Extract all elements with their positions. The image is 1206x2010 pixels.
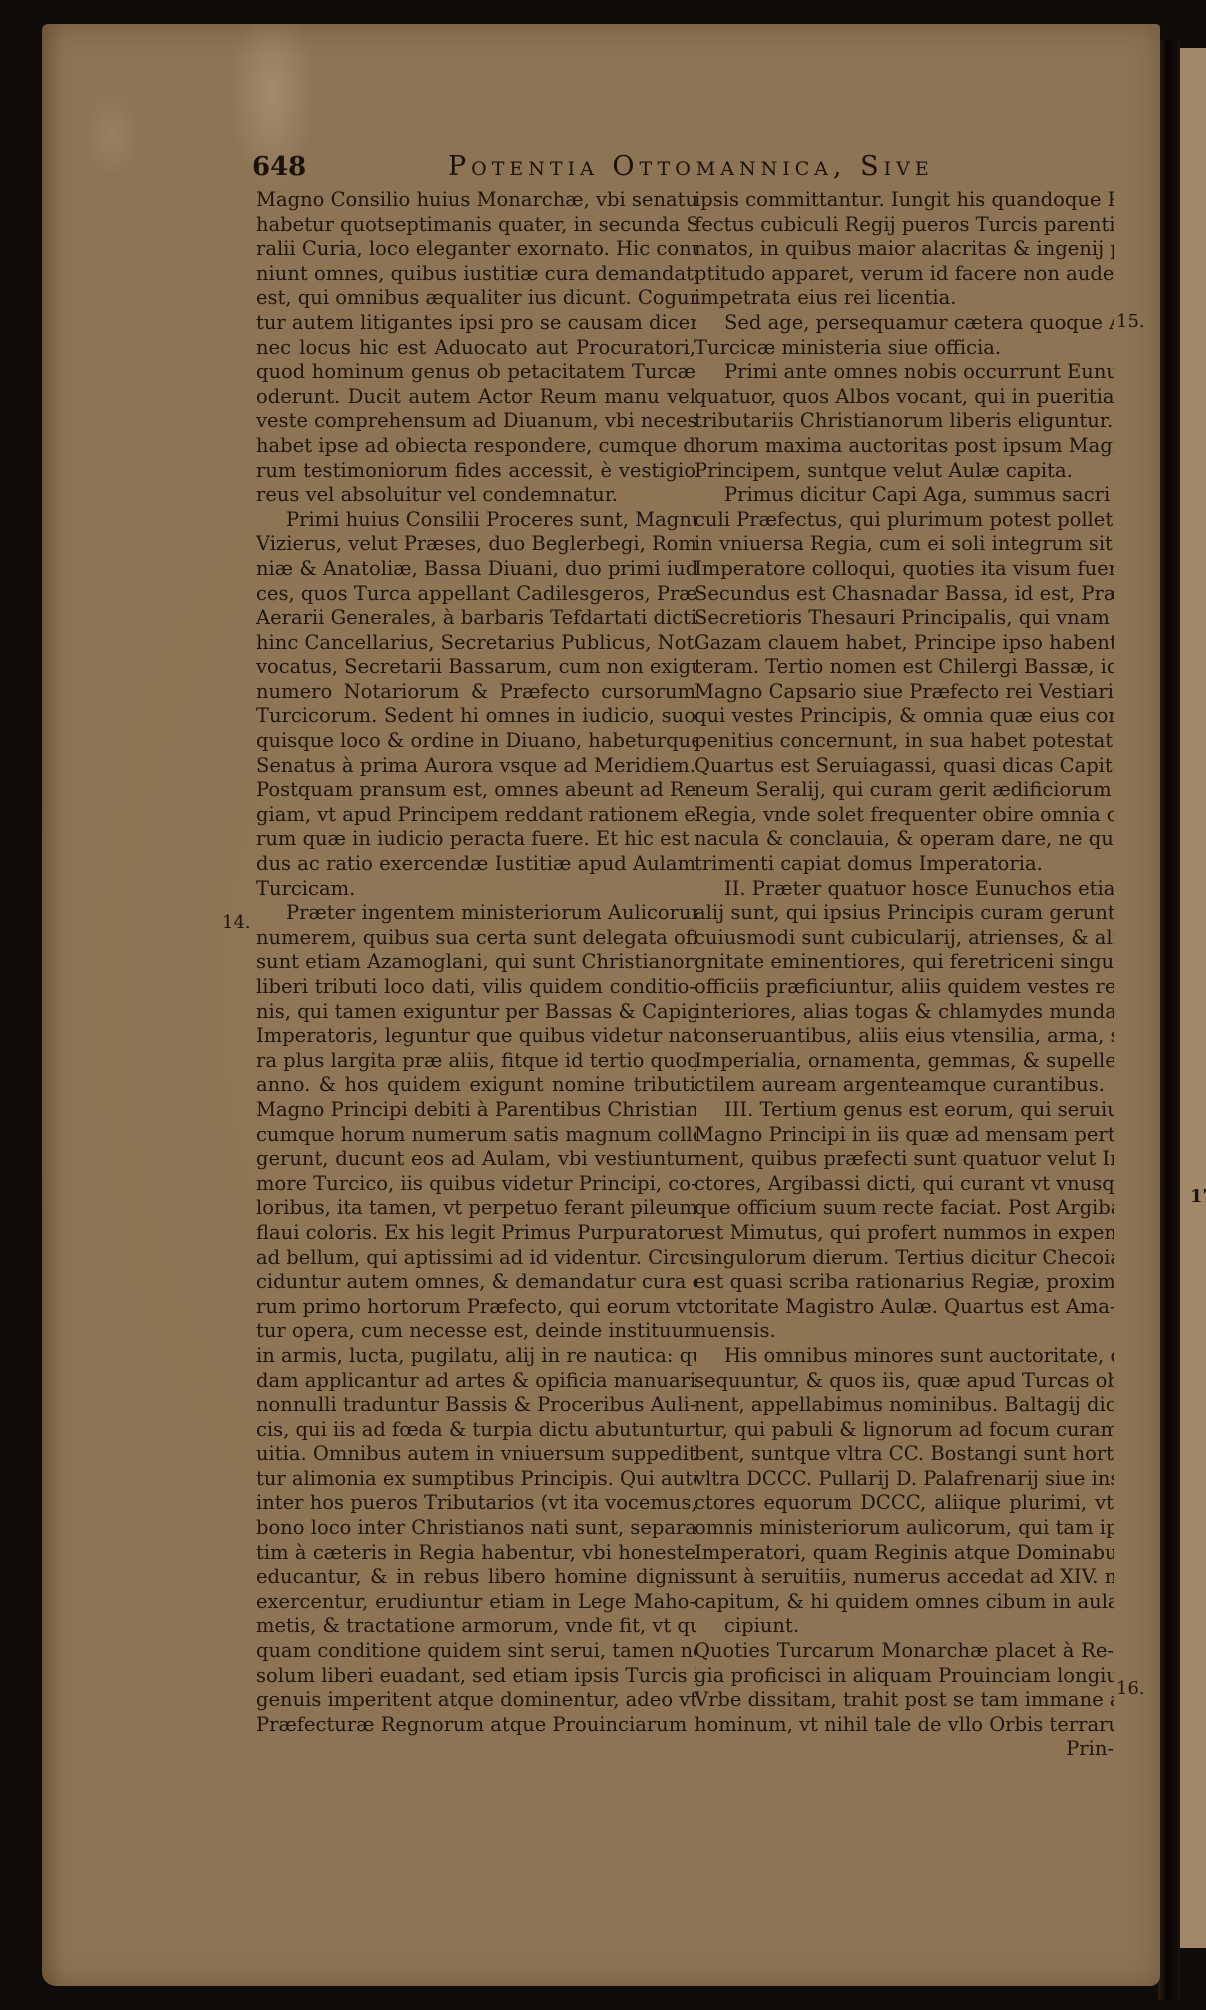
text-line: nent, quibus præfecti sunt quatuor velut… (694, 1147, 1114, 1172)
text-line: bent, suntque vltra CC. Bostangi sunt ho… (694, 1442, 1114, 1467)
text-line: vltra DCCC. Pullarij D. Palafrenarij siu… (694, 1467, 1114, 1492)
text-line: nuensis. (694, 1319, 1114, 1344)
text-line: more Turcico, iis quibus videtur Princip… (256, 1172, 696, 1197)
text-line: genuis imperitent atque dominentur, adeo… (256, 1688, 696, 1713)
text-line: qui vestes Principis, & omnia quæ eius c… (694, 704, 1114, 729)
text-line: numerem, quibus sua certa sunt delegata … (256, 926, 696, 951)
text-line: nec locus hic est Aduocato aut Procurato… (256, 336, 696, 361)
text-line: gerunt, ducunt eos ad Aulam, vbi vestiun… (256, 1147, 696, 1172)
text-line: alij sunt, qui ipsius Principis curam ge… (694, 901, 1114, 926)
text-line: liberi tributi loco dati, vilis quidem c… (256, 975, 696, 1000)
text-line: Primi huius Consilii Proceres sunt, Magn… (256, 508, 696, 533)
text-line: anno. & hos quidem exigunt nomine tribut… (256, 1073, 696, 1098)
text-line: in armis, lucta, pugilatu, alij in re na… (256, 1344, 696, 1369)
text-line: tributariis Christianorum liberis eligun… (694, 409, 1114, 434)
text-line: nis, qui tamen exiguntur per Bassas & Ca… (256, 1000, 696, 1025)
text-line: teram. Tertio nomen est Chilergi Bassæ, … (694, 655, 1114, 680)
text-line: neum Seralij, qui curam gerit ædificioru… (694, 778, 1114, 803)
text-line: quatuor, quos Albos vocant, qui in pueri… (694, 385, 1114, 410)
text-line: Primus dicitur Capi Aga, summus sacri cu… (694, 483, 1114, 508)
text-line: Gazam clauem habet, Principe ipso habent… (694, 631, 1114, 656)
running-head: Potentia Ottomannica, Sive (448, 151, 934, 182)
text-line: Sed age, persequamur cætera quoque Aulæ (694, 311, 1114, 336)
text-line: II. Præter quatuor hosce Eunuchos etiam (694, 877, 1114, 902)
text-line: Regia, vnde solet frequenter obire omnia… (694, 803, 1114, 828)
text-line: Aerarii Generales, à barbaris Tefdartati… (256, 606, 696, 631)
text-line: inter hos pueros Tributarios (vt ita voc… (256, 1491, 696, 1516)
text-line: ptitudo apparet, verum id facere non aud… (694, 262, 1114, 287)
text-line: habetur quotseptimanis quater, in secund… (256, 213, 696, 238)
text-line: hominum, vt nihil tale de vllo Orbis ter… (694, 1713, 1114, 1738)
text-line: rum testimoniorum fides accessit, è vest… (256, 459, 696, 484)
text-line: sunt etiam Azamoglani, qui sunt Christia… (256, 950, 696, 975)
text-line: Vrbe dissitam, trahit post se tam immane… (694, 1688, 1114, 1713)
text-line: in vniuersa Regia, cum ei soli integrum … (694, 532, 1114, 557)
margin-note-section-14: 14. (222, 912, 251, 933)
text-line: Imperialia, ornamenta, gemmas, & supelle… (694, 1049, 1114, 1074)
text-line: est Mimutus, qui profert nummos in expen… (694, 1221, 1114, 1246)
text-line: Imperatore colloqui, quoties ita visum f… (694, 557, 1114, 582)
text-line: vocatus, Secretarii Bassarum, cum non ex… (256, 655, 696, 680)
text-line: ctilem auream argenteamque curantibus. (694, 1073, 1114, 1098)
text-line: III. Tertium genus est eorum, qui seruiu… (694, 1098, 1114, 1123)
text-line: Imperatoris, leguntur que quibus videtur… (256, 1024, 696, 1049)
text-line: Postquam pransum est, omnes abeunt ad Re… (256, 778, 696, 803)
text-line: nonnulli traduntur Bassis & Proceribus A… (256, 1393, 696, 1418)
text-line: Præfecturæ Regnorum atque Prouinciarum (256, 1713, 696, 1738)
text-line: Secundus est Chasnadar Bassa, id est, Pr… (694, 582, 1114, 607)
text-line: gnitate eminentiores, qui feretriceni si… (694, 950, 1114, 975)
text-line: ralii Curia, loco eleganter exornato. Hi… (256, 237, 696, 262)
text-line: que officium suum recte faciat. Post Arg… (694, 1196, 1114, 1221)
text-line: interiores, alias togas & chlamydes mund… (694, 1000, 1114, 1025)
text-line: trimenti capiat domus Imperatoria. (694, 852, 1114, 877)
left-text-column: Magno Consilio huius Monarchæ, vbi senat… (256, 188, 696, 1737)
text-line: hinc Cancellarius, Secretarius Publicus,… (256, 631, 696, 656)
text-line: cis, qui iis ad fœda & turpia dictu abut… (256, 1418, 696, 1443)
text-line: Magno Capsario siue Præfecto rei Vestiar… (694, 680, 1114, 705)
text-line: impetrata eius rei licentia. (694, 286, 1114, 311)
text-line: cipiunt. (694, 1614, 1114, 1639)
text-line: dus ac ratio exercendæ Iustitiæ apud Aul… (256, 852, 696, 877)
text-line: est quasi scriba rationarius Regiæ, prox… (694, 1270, 1114, 1295)
text-line: tur, qui pabuli & lignorum ad focum cura… (694, 1418, 1114, 1443)
text-line: Quartus est Seruiagassi, quasi dicas Cap… (694, 754, 1114, 779)
text-line: niæ & Anatoliæ, Bassa Diuani, duo primi … (256, 557, 696, 582)
text-line: natos, in quibus maior alacritas & ingen… (694, 237, 1114, 262)
text-line: loribus, ita tamen, vt perpetuo ferant p… (256, 1196, 696, 1221)
text-line: est, qui omnibus æqualiter ius dicunt. C… (256, 286, 696, 311)
text-line: giam, vt apud Principem reddant rationem… (256, 803, 696, 828)
text-line: Secretioris Thesauri Principalis, qui vn… (694, 606, 1114, 631)
text-line: Primi ante omnes nobis occurrunt Eunuchi (694, 360, 1114, 385)
text-line: singulorum dierum. Tertius dicitur Checo… (694, 1246, 1114, 1271)
text-line: cumque horum numerum satis magnum colle- (256, 1123, 696, 1148)
text-line: His omnibus minores sunt auctoritate, qu… (694, 1344, 1114, 1369)
text-line: educantur, & in rebus libero homine dign… (256, 1565, 696, 1590)
adjacent-page-edge (1180, 48, 1206, 1948)
text-line: reus vel absoluitur vel condemnatur. (256, 483, 696, 508)
text-line: tim à cæteris in Regia habentur, vbi hon… (256, 1541, 696, 1566)
text-line: tur opera, cum necesse est, deinde insti… (256, 1319, 696, 1344)
text-line: sunt à seruitiis, numerus accedat ad XIV… (694, 1565, 1114, 1590)
text-line: sequuntur, & quos iis, quæ apud Turcas o… (694, 1369, 1114, 1394)
text-line: exercentur, erudiuntur etiam in Lege Mah… (256, 1590, 696, 1615)
text-line: bono loco inter Christianos nati sunt, s… (256, 1516, 696, 1541)
text-line: oderunt. Ducit autem Actor Reum manu vel (256, 385, 696, 410)
text-line: conseruantibus, aliis eius vtensilia, ar… (694, 1024, 1114, 1049)
text-line: culi Præfectus, qui plurimum potest poll… (694, 508, 1114, 533)
text-line: dam applicantur ad artes & opificia manu… (256, 1369, 696, 1394)
right-text-column: ipsis committantur. Iungit his quandoque… (694, 188, 1114, 1762)
text-line: Senatus à prima Aurora vsque ad Meridiem… (256, 754, 696, 779)
text-line: cuiusmodi sunt cubicularij, atrienses, &… (694, 926, 1114, 951)
text-line: numero Notariorum & Præfecto cursorum (256, 680, 696, 705)
text-line: Vizierus, velut Præses, duo Beglerbegi, … (256, 532, 696, 557)
text-line: uitia. Omnibus autem in vniuersum supped… (256, 1442, 696, 1467)
text-line: ctores, Argibassi dicti, qui curant vt v… (694, 1172, 1114, 1197)
text-line: ad bellum, qui aptissimi ad id videntur.… (256, 1246, 696, 1271)
text-line: habet ipse ad obiecta respondere, cumque… (256, 434, 696, 459)
text-line: quod hominum genus ob petacitatem Turcæ (256, 360, 696, 385)
text-line: gia proficisci in aliquam Prouinciam lon… (694, 1664, 1114, 1689)
text-line: rum primo hortorum Præfecto, qui eorum v… (256, 1295, 696, 1320)
text-line: Quoties Turcarum Monarchæ placet à Re- (694, 1639, 1114, 1664)
text-line: metis, & tractatione armorum, vnde fit, … (256, 1614, 696, 1639)
text-line: nent, appellabimus nominibus. Baltagij d… (694, 1393, 1114, 1418)
text-line: niunt omnes, quibus iustitiæ cura demand… (256, 262, 696, 287)
text-line: quisque loco & ordine in Diuano, habetur… (256, 729, 696, 754)
text-line: ipsis committantur. Iungit his quandoque… (694, 188, 1114, 213)
page-number: 648 (252, 152, 306, 182)
text-line: ces, quos Turca appellant Cadilesgeros, … (256, 582, 696, 607)
text-line: omnis ministeriorum aulicorum, qui tam i… (694, 1516, 1114, 1541)
text-line: tur alimonia ex sumptibus Principis. Qui… (256, 1467, 696, 1492)
text-line: veste comprehensum ad Diuanum, vbi neces… (256, 409, 696, 434)
text-line: flaui coloris. Ex his legit Primus Purpu… (256, 1221, 696, 1246)
text-line: tur autem litigantes ipsi pro se causam … (256, 311, 696, 336)
text-line: Magno Consilio huius Monarchæ, vbi senat… (256, 188, 696, 213)
text-line: Præter ingentem ministeriorum Aulicorum (256, 901, 696, 926)
text-line: Prin- (694, 1737, 1114, 1762)
text-line: fectus cubiculi Regij pueros Turcis pare… (694, 213, 1114, 238)
text-line: Principem, suntque velut Aulæ capita. (694, 459, 1114, 484)
text-line: Turcicorum. Sedent hi omnes in iudicio, … (256, 704, 696, 729)
text-line: officiis præficiuntur, aliis quidem vest… (694, 975, 1114, 1000)
margin-note-section-15: 15. (1116, 311, 1145, 332)
text-line: Turcicam. (256, 877, 696, 902)
text-line: ctoritate Magistro Aulæ. Quartus est Ama… (694, 1295, 1114, 1320)
text-line: Magno Principi debiti à Parentibus Chris… (256, 1098, 696, 1123)
text-line: rum quæ in iudicio peracta fuere. Et hic… (256, 827, 696, 852)
text-line: Turcicæ ministeria siue officia. (694, 336, 1114, 361)
text-line: ciduntur autem omnes, & demandatur cura … (256, 1270, 696, 1295)
binding-gutter (1158, 40, 1180, 2000)
text-line: quam conditione quidem sint serui, tamen… (256, 1639, 696, 1664)
text-line: penitius concernunt, in sua habet potest… (694, 729, 1114, 754)
adjacent-page-margin-number: 17 (1190, 1186, 1206, 1207)
text-line: nacula & conclauia, & operam dare, ne qu… (694, 827, 1114, 852)
margin-note-section-16: 16. (1116, 1678, 1145, 1699)
text-line: Magno Principi in iis quæ ad mensam pert… (694, 1123, 1114, 1148)
text-line: ctores equorum DCCC, aliique plurimi, vt (694, 1491, 1114, 1516)
text-line: solum liberi euadant, sed etiam ipsis Tu… (256, 1664, 696, 1689)
text-line: ra plus largita præ aliis, fitque id ter… (256, 1049, 696, 1074)
text-line: Imperatori, quam Reginis atque Dominabus (694, 1541, 1114, 1566)
text-line: capitum, & hi quidem omnes cibum in aula… (694, 1590, 1114, 1615)
text-line: horum maxima auctoritas post ipsum Magnu… (694, 434, 1114, 459)
